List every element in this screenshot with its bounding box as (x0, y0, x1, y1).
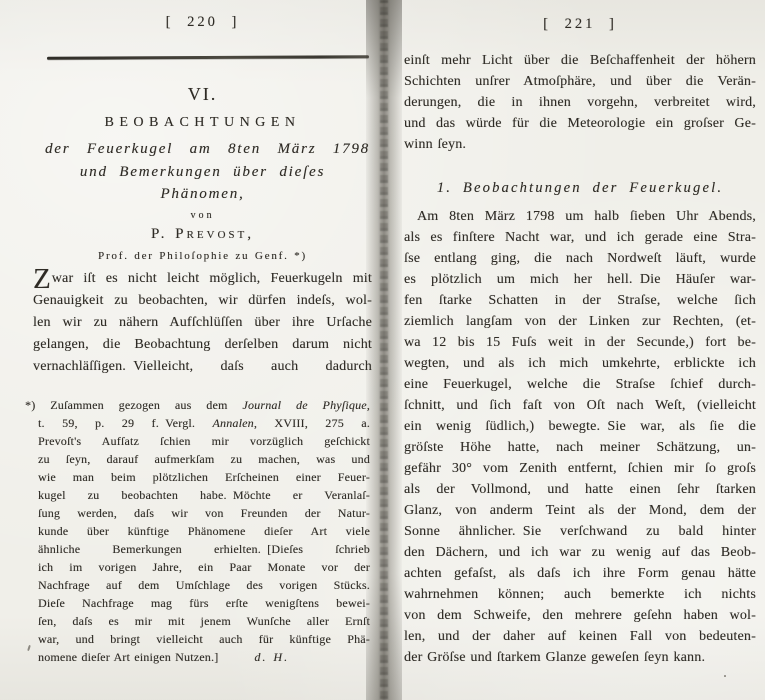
paragraph-line: ſchnitt, und ſich faſt von Oſt nach Weſt… (404, 395, 756, 416)
paragraph-line: den Dächern, und ich war zu wenig auf da… (404, 542, 756, 563)
footnote-line: Dieſe Nachfrage mag fürs erſte wenigſten… (38, 594, 370, 612)
editor-signature: d. H. (254, 650, 289, 664)
article-title: BEOBACHTUNGEN (33, 115, 372, 131)
footnote-line: zu ſeyn, darauf aufmerkſam zu machen, wa… (38, 450, 370, 468)
paragraph-line: ſse entlang ging, die nach Nordweſt läuf… (404, 248, 756, 269)
author-name: P. Prevost, (33, 226, 372, 243)
paragraph-text: war iſt es nicht leicht möglich, Feuerku… (52, 271, 372, 286)
footnote-line: ich im vorigen Jahre, ein Paar Monate vo… (38, 558, 370, 576)
body-paragraph-left: Zwar iſt es nicht leicht möglich, Feuerk… (33, 268, 372, 378)
footnote-line: ähnliche Bemerkungen erhielten. [Dieſes … (38, 540, 370, 558)
article-subtitle-line: und Bemerkungen über dieſes (33, 164, 372, 181)
paragraph-line: vernachläſſigen. Vielleicht, daſs auch d… (33, 356, 372, 378)
footnote-line: *) Zuſammen gezogen aus dem Journal de P… (25, 396, 370, 414)
paragraph-line: von dem Schweife, den mehrere geſehn hab… (404, 605, 756, 626)
footnote: *) Zuſammen gezogen aus dem Journal de P… (38, 396, 370, 666)
footnote-line: Nachfrage auf dem Umſchlage des vorigen … (38, 576, 370, 594)
paragraph-line: wahrnehmen können; auch bemerkte ich nic… (404, 584, 756, 605)
paragraph-line: als der Vollmond, und hatte einen ſehr ſ… (404, 479, 756, 500)
footnote-line: war, und bringt vielleicht auch für künf… (38, 630, 370, 648)
page-number-left: [ 220 ] (33, 14, 372, 31)
article-subtitle-line: der Feuerkugel am 8ten März 1798 (45, 141, 370, 158)
paragraph-line: Genauigkeit zu beobachten, wir dürfen in… (33, 290, 372, 312)
paragraph-line: winn ſeyn. (404, 134, 756, 155)
footnote-text: *) Zuſammen gezogen aus dem (25, 398, 242, 412)
ink-speck (724, 675, 726, 677)
paragraph-line: gröſste Höhe hatte, nach meiner Schätzun… (404, 437, 756, 458)
body-paragraph-right-2: Am 8ten März 1798 um halb ſieben Uhr Abe… (404, 206, 756, 668)
footnote-line: wie man beim plötzlichen Erſcheinen eine… (38, 468, 370, 486)
paragraph-line: Glanz, von anderm Teint als der Mond, de… (404, 500, 756, 521)
paragraph-line: es plötzlich um mich her hell. Die Häuſe… (404, 269, 756, 290)
paragraph-line: Am 8ten März 1798 um halb ſieben Uhr Abe… (404, 206, 756, 227)
paragraph-lines: Genauigkeit zu beobachten, wir dürfen in… (33, 290, 372, 378)
article-number: VI. (33, 84, 372, 105)
page-left: [ 220 ] VI. BEOBACHTUNGEN der Feuerkugel… (0, 0, 372, 700)
paragraph-line: einſt mehr Licht über die Beſchaffenheit… (404, 50, 756, 71)
paragraph-line: achten gefaſst, als daſs ich ihre Form g… (404, 563, 756, 584)
body-paragraph-right-1: einſt mehr Licht über die Beſchaffenheit… (404, 50, 756, 155)
paragraph-line: der Gröſse und ſtarkem Glanze geweſen ſe… (404, 647, 756, 668)
scanned-book-spread: [ 220 ] VI. BEOBACHTUNGEN der Feuerkugel… (0, 0, 765, 700)
ink-speck (27, 645, 31, 651)
footnote-text: , XVIII, 275 a. (254, 416, 370, 430)
byline-von: von (33, 210, 372, 221)
footnote-line: Prevoſt's Aufſatz ſchien mir vorzüglich … (38, 432, 370, 450)
paragraph-line: gelangen, die Beobachtung derſelben daru… (33, 334, 372, 356)
author-affiliation: Prof. der Philoſophie zu Genf. *) (33, 250, 372, 262)
paragraph-line: len, und der daher auf keinen Fall von b… (404, 626, 756, 647)
paragraph-line: fen ſtarke Schatten in der Straſse, welc… (404, 290, 756, 311)
paragraph-line: Zwar iſt es nicht leicht möglich, Feuerk… (33, 268, 372, 290)
paragraph-line: ein wenig ſüdlich,) bewegte. Sie war, al… (404, 416, 756, 437)
footnote-citation: Journal de Phyſique, (242, 398, 370, 412)
footnote-line: nomene dieſer Art einigen Nutzen.]d. H. (38, 648, 370, 666)
footnote-line: t. 59, p. 29 f. Vergl. Annalen, XVIII, 2… (38, 414, 370, 432)
paragraph-line: und das würde für die Meteorologie ein g… (404, 113, 756, 134)
footnote-lines: Prevoſt's Aufſatz ſchien mir vorzüglich … (38, 432, 370, 648)
page-number-right: [ 221 ] (404, 16, 756, 33)
paragraph-line: als es finſtere Nacht war, und ich gerad… (404, 227, 756, 248)
paragraph-line: derungen, die in ihnen vorgehn, verbreit… (404, 92, 756, 113)
paragraph-line: gefähr 30° vom Zenith entfernt, ſchien m… (404, 458, 756, 479)
paragraph-line: wegten, und als ich mich umkehrte, erbli… (404, 353, 756, 374)
footnote-text: t. 59, p. 29 f. Vergl. (38, 416, 212, 430)
paragraph-line: Schichten unſrer Atmoſphäre, und über di… (404, 71, 756, 92)
header-rule (47, 55, 369, 59)
page-right: [ 221 ] einſt mehr Licht über die Beſcha… (394, 0, 765, 700)
footnote-line: kunde über künftige Phänomene dieſer Art… (38, 522, 370, 540)
footnote-line: ſung werden, daſs wir von Freunden der N… (38, 504, 370, 522)
footnote-line: kugel zu beobachten habe. Möchte er Vera… (38, 486, 370, 504)
footnote-text: nomene dieſer Art einigen Nutzen.] (38, 650, 218, 664)
footnote-line: ſen, daſs es mir mit jenem Wunſche aller… (38, 612, 370, 630)
article-subtitle-line: Phänomen, (33, 186, 372, 203)
footnote-citation: Annalen (212, 416, 253, 430)
paragraph-line: len wir zu nähern Aufſchlüſſen über ihre… (33, 312, 372, 334)
paragraph-line: ziemlich langſam von der Linken zur Rech… (404, 311, 756, 332)
paragraph-line: eine Feuerkugel, welche die Straſse ſchi… (404, 374, 756, 395)
paragraph-line: Sonne ähnlicher. Sie verſchwand zu bald … (404, 521, 756, 542)
paragraph-line: wa 12 bis 15 Fuſs weit in der Secunde,) … (404, 332, 756, 353)
section-heading: 1. Beobachtungen der Feuerkugel. (404, 180, 756, 197)
